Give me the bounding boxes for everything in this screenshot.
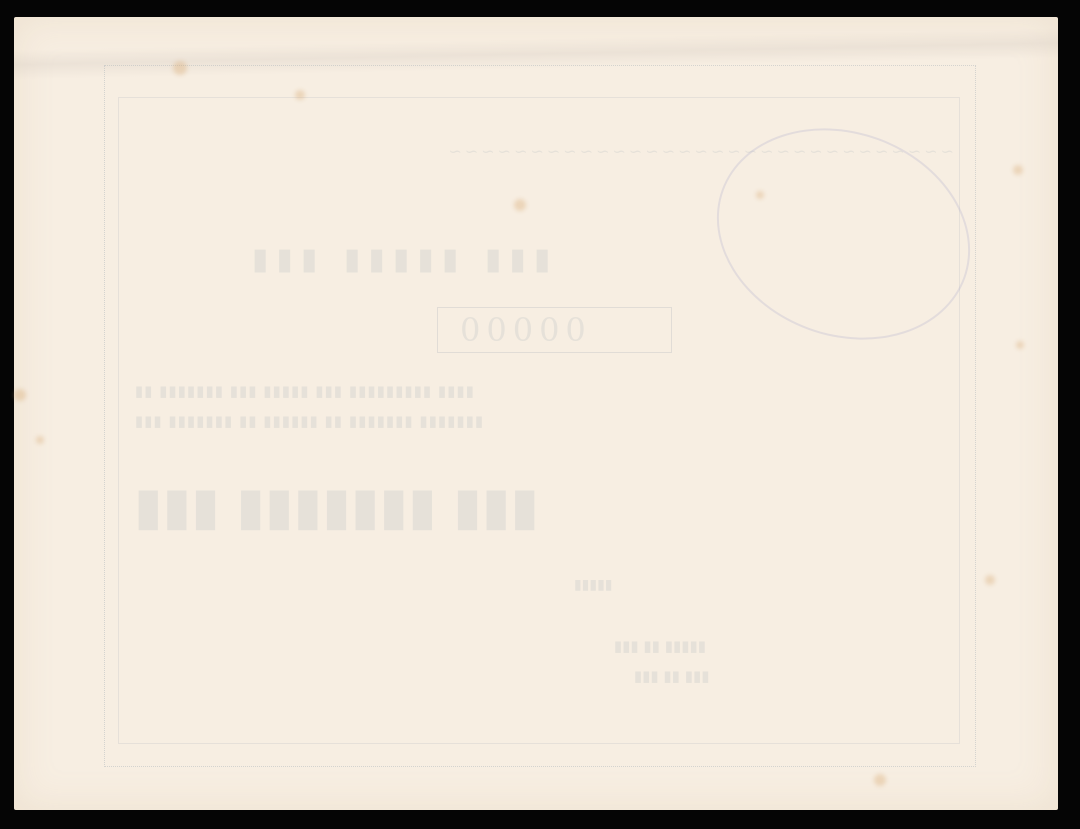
stain-spot: [756, 191, 764, 199]
ghost-body-line-2: ▮▮▮▮▮▮▮ ▮▮▮▮▮▮▮ ▮▮ ▮▮▮▮▮▮ ▮▮ ▮▮▮▮▮▮▮ ▮▮▮: [134, 412, 483, 430]
stain-spot: [36, 436, 44, 444]
stain-spot: [985, 575, 995, 585]
ghost-place-text: ▮▮▮▮▮: [574, 577, 613, 593]
stain-spot: [1013, 165, 1023, 175]
stain-spot: [14, 389, 26, 401]
ghost-signature-1: ▮▮▮▮▮ ▮▮ ▮▮▮: [614, 637, 706, 655]
stain-spot: [1016, 341, 1024, 349]
paper-note: ~~~~~~~~~~~~~~~~~~~~~~~~~~~~~~~ ▮▮▮ ▮▮▮▮…: [14, 17, 1058, 810]
stain-spot: [173, 61, 187, 75]
stain-spot: [295, 90, 305, 100]
ghost-body-line-1: ▮▮▮▮ ▮▮▮▮▮▮▮▮▮ ▮▮▮ ▮▮▮▮▮ ▮▮▮ ▮▮▮▮▮▮▮ ▮▮: [134, 382, 474, 400]
ghost-script-line: ▮▮▮ ▮▮▮▮▮▮▮ ▮▮▮: [134, 477, 539, 537]
ghost-signature-2: ▮▮▮ ▮▮ ▮▮▮: [634, 667, 710, 685]
ghost-numeral: 00000: [454, 311, 586, 349]
ghost-title-text: ▮▮▮ ▮▮▮▮▮ ▮▮▮: [244, 242, 551, 277]
stain-spot: [514, 199, 526, 211]
stain-spot: [874, 774, 886, 786]
